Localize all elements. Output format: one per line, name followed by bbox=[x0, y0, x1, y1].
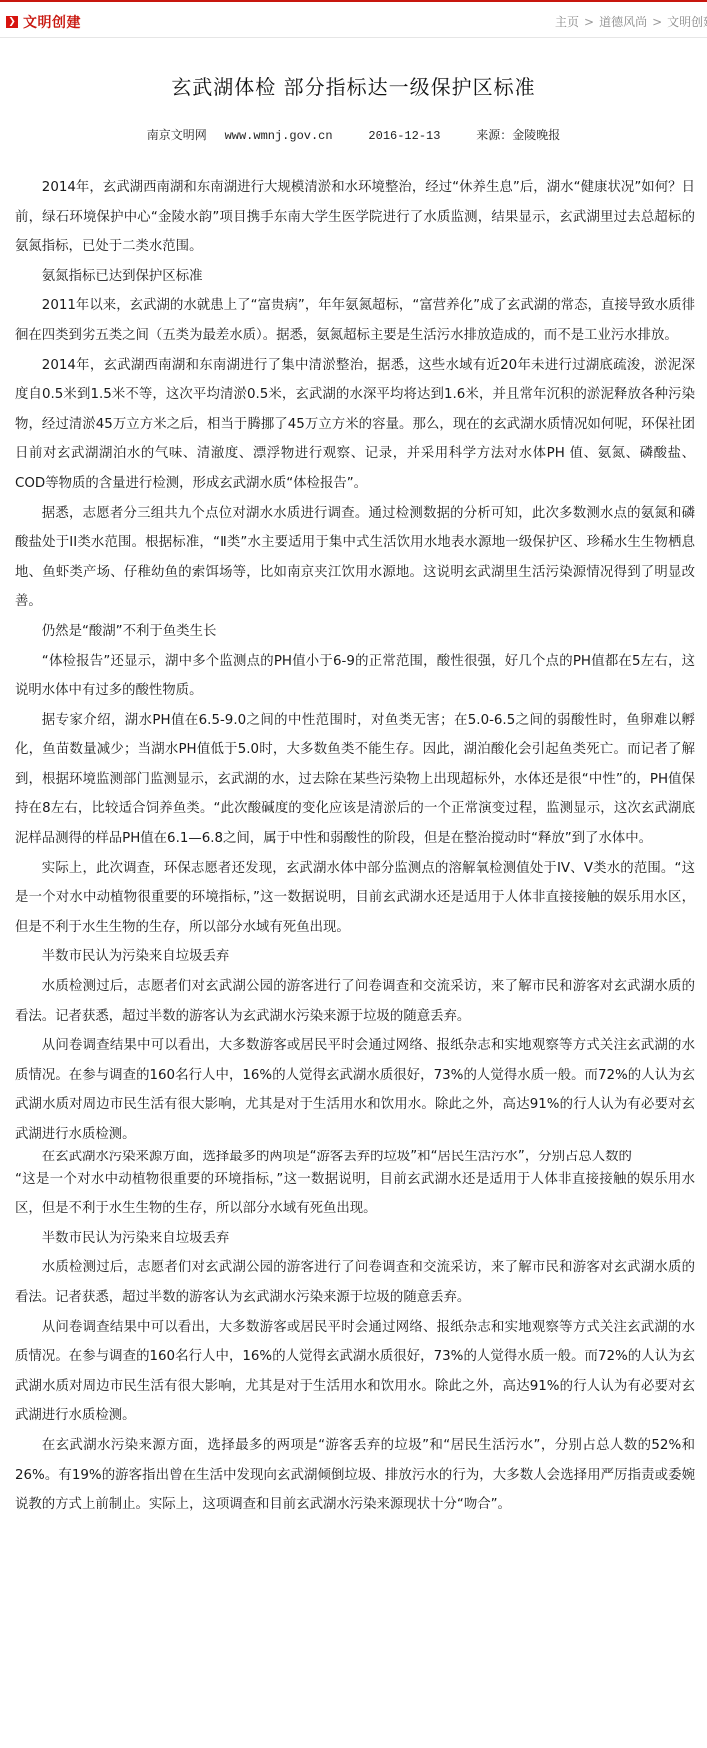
section-subheading: 半数市民认为污染来自垃圾丢弃 bbox=[15, 942, 695, 972]
breadcrumb: 主页>道德风尚>文明创建 bbox=[555, 13, 707, 30]
meta-site: 南京文明网 bbox=[147, 126, 207, 143]
breadcrumb-home[interactable]: 主页 bbox=[555, 13, 579, 30]
breadcrumb-separator: > bbox=[584, 15, 594, 29]
paragraph: 在玄武湖水污染来源方面，选择最多的两项是“游客丢弃的垃圾”和“居民生活污水”，分… bbox=[15, 1150, 695, 1165]
paragraph: 2011年以来，玄武湖的水就患上了“富贵病”，年年氨氮超标，“富营养化”成了玄武… bbox=[15, 291, 695, 350]
paragraph: 据悉，志愿者分三组共九个点位对湖水水质进行调查。通过检测数据的分析可知，此次多数… bbox=[15, 499, 695, 617]
paragraph: 据专家介绍，湖水PH值在6.5-9.0之间的中性范围时，对鱼类无害；在5.0-6… bbox=[15, 706, 695, 854]
breadcrumb-current[interactable]: 文明创建 bbox=[667, 13, 707, 30]
article-meta: 南京文明网 www.wmnj.gov.cn 2016-12-13 来源：金陵晚报 bbox=[0, 126, 707, 143]
paragraph: 从问卷调查结果中可以看出，大多数游客或居民平时会通过网络、报纸杂志和实地观察等方… bbox=[15, 1031, 695, 1149]
meta-url: www.wmnj.gov.cn bbox=[225, 129, 333, 143]
article-body: 2014年，玄武湖西南湖和东南湖进行大规模清淤和水环境整治，经过“休养生息”后，… bbox=[15, 173, 695, 1520]
paragraph: 水质检测过后，志愿者们对玄武湖公园的游客进行了问卷调查和交流采访，来了解市民和游… bbox=[15, 1253, 695, 1312]
section-tag: ❯ 文明创建 bbox=[6, 12, 81, 32]
section-subheading: 氨氮指标已达到保护区标准 bbox=[15, 262, 695, 292]
paragraph: “体检报告”还显示，湖中多个监测点的PH值小于6-9的正常范围，酸性很强，好几个… bbox=[15, 647, 695, 706]
page-header: ❯ 文明创建 主页>道德风尚>文明创建 bbox=[0, 2, 707, 38]
section-label: 文明创建 bbox=[23, 12, 81, 32]
meta-source: 来源：金陵晚报 bbox=[476, 126, 560, 143]
paragraph: 2014年，玄武湖西南湖和东南湖进行了集中清淤整治，据悉，这些水域有近20年未进… bbox=[15, 351, 695, 499]
clipped-line: 在玄武湖水污染来源方面，选择最多的两项是“游客丢弃的垃圾”和“居民生活污水”，分… bbox=[15, 1150, 695, 1165]
paragraph-repeat: “这是一个对水中动植物很重要的环境指标，”这一数据说明，目前玄武湖水还是适用于人… bbox=[15, 1165, 695, 1224]
meta-date: 2016-12-13 bbox=[368, 129, 440, 143]
paragraph: 在玄武湖水污染来源方面，选择最多的两项是“游客丢弃的垃圾”和“居民生活污水”，分… bbox=[15, 1431, 695, 1520]
article-title: 玄武湖体检 部分指标达一级保护区标准 bbox=[0, 71, 707, 100]
breadcrumb-separator: > bbox=[652, 15, 662, 29]
section-subheading: 半数市民认为污染来自垃圾丢弃 bbox=[15, 1224, 695, 1254]
breadcrumb-moral[interactable]: 道德风尚 bbox=[599, 13, 647, 30]
chevron-right-icon: ❯ bbox=[6, 16, 18, 28]
paragraph: 实际上，此次调查，环保志愿者还发现，玄武湖水体中部分监测点的溶解氧检测值处于IV… bbox=[15, 854, 695, 943]
paragraph: 水质检测过后，志愿者们对玄武湖公园的游客进行了问卷调查和交流采访，来了解市民和游… bbox=[15, 972, 695, 1031]
paragraph: 从问卷调查结果中可以看出，大多数游客或居民平时会通过网络、报纸杂志和实地观察等方… bbox=[15, 1313, 695, 1431]
section-subheading: 仍然是“酸湖”不利于鱼类生长 bbox=[15, 617, 695, 647]
paragraph: 2014年，玄武湖西南湖和东南湖进行大规模清淤和水环境整治，经过“休养生息”后，… bbox=[15, 173, 695, 262]
